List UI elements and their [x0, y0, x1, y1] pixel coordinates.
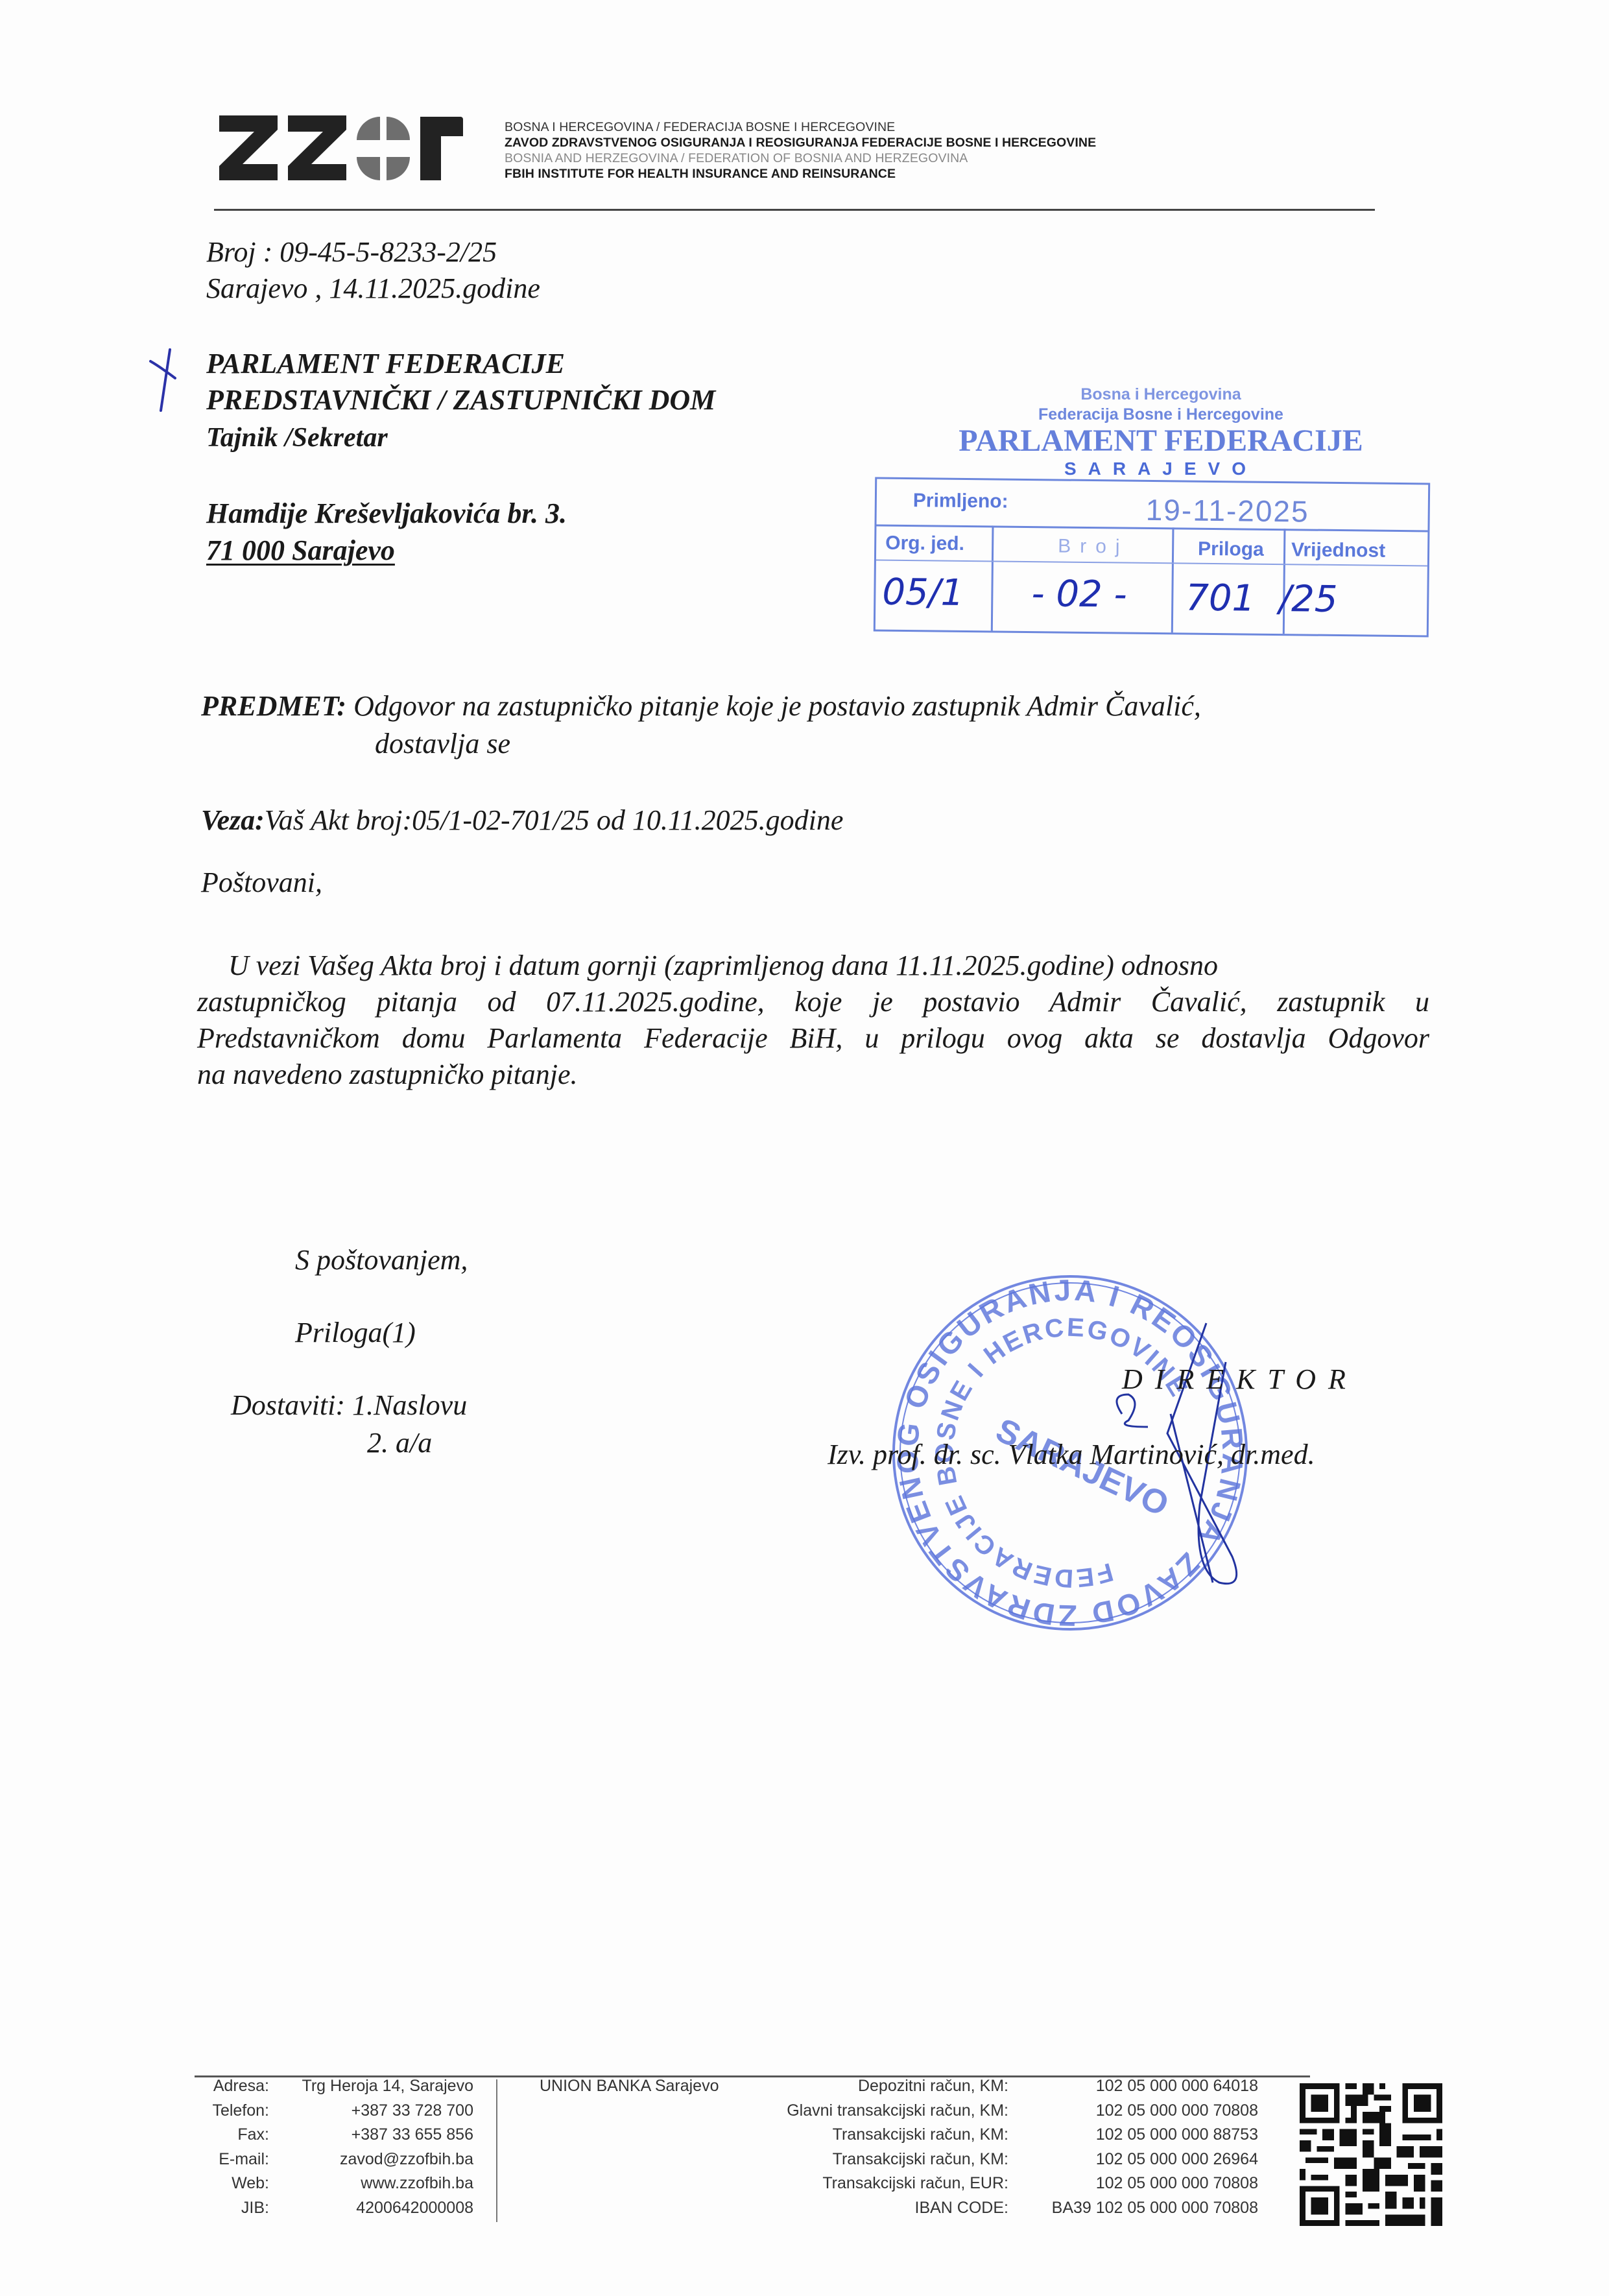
- contact-label: Adresa:: [198, 2074, 269, 2099]
- logo-circle-quadrant: [387, 157, 410, 180]
- attachments-count: Priloga(1): [295, 1315, 416, 1350]
- contact-phone: +387 33 728 700: [285, 2099, 473, 2123]
- contact-fax: +387 33 655 856: [285, 2123, 473, 2147]
- recipient-line-1: PARLAMENT FEDERACIJE: [206, 346, 565, 381]
- account-number: 102 05 000 000 64018: [1025, 2074, 1258, 2099]
- stamp-line: Federacija Bosne i Hercegovine: [940, 405, 1381, 424]
- reference-link-line: Veza:Vaš Akt broj:05/1-02-701/25 od 10.1…: [201, 803, 843, 838]
- deliver-to: Dostaviti: 1.Naslovu: [231, 1388, 467, 1423]
- subject-label: PREDMET:: [201, 690, 346, 722]
- logo-circle-quadrant: [387, 117, 410, 140]
- deliver-item: 2. a/a: [367, 1426, 432, 1461]
- account-number: 102 05 000 000 70808: [1025, 2171, 1258, 2196]
- signatory-name: Izv. prof. dr. sc. Vlatka Martinović, dr…: [828, 1437, 1315, 1472]
- account-number: 102 05 000 000 26964: [1025, 2147, 1258, 2172]
- document-place-date: Sarajevo , 14.11.2025.godine: [206, 271, 540, 306]
- received-date: 19-11-2025: [1145, 492, 1309, 529]
- subject-text-continued: dostavlja se: [375, 726, 510, 761]
- account-label: IBAN CODE:: [700, 2196, 1008, 2221]
- header-divider: [214, 209, 1375, 211]
- salutation: Poštovani,: [201, 865, 322, 900]
- footer-contact-values: Trg Heroja 14, Sarajevo +387 33 728 700 …: [285, 2074, 473, 2220]
- logo-letter-z: [288, 115, 346, 180]
- recipient-city: 71 000 Sarajevo: [206, 533, 395, 568]
- stamp-column-number: Broj: [1058, 535, 1129, 558]
- signatory-title: D I R E K T O R: [1122, 1362, 1348, 1397]
- account-label: Depozitni račun, KM:: [700, 2074, 1008, 2099]
- closing-regards: S poštovanjem,: [295, 1243, 468, 1278]
- institution-name-block: BOSNA I HERCEGOVINA / FEDERACIJA BOSNE I…: [505, 119, 1096, 182]
- receipt-stamp-table: Primljeno: 19-11-2025 Org. jed. Broj Pri…: [874, 477, 1430, 638]
- contact-email: zavod@zzofbih.ba: [285, 2147, 473, 2172]
- recipient-line-3: Tajnik /Sekretar: [206, 420, 388, 455]
- recipient-street: Hamdije Kreševljakovića br. 3.: [206, 496, 567, 531]
- institution-line: FBIH INSTITUTE FOR HEALTH INSURANCE AND …: [505, 166, 1096, 182]
- contact-web: www.zzofbih.ba: [285, 2171, 473, 2196]
- account-label: Transakcijski račun, KM:: [700, 2123, 1008, 2147]
- institution-line: BOSNIA AND HERZEGOVINA / FEDERATION OF B…: [505, 150, 1096, 166]
- account-number: 102 05 000 000 88753: [1025, 2123, 1258, 2147]
- recipient-line-2: PREDSTAVNIČKI / ZASTUPNIČKI DOM: [206, 383, 715, 418]
- contact-jib: 4200642000008: [285, 2196, 473, 2221]
- account-label: Transakcijski račun, KM:: [700, 2147, 1008, 2172]
- account-number: 102 05 000 000 70808: [1025, 2099, 1258, 2123]
- qr-code-icon: [1300, 2083, 1442, 2226]
- body-line: Predstavničkom domu Parlamenta Federacij…: [197, 1021, 1429, 1056]
- received-label: Primljeno:: [913, 490, 1008, 513]
- handwritten-year: /25: [1279, 578, 1338, 621]
- stamp-line: Bosna i Hercegovina: [940, 384, 1381, 405]
- contact-address: Trg Heroja 14, Sarajevo: [285, 2074, 473, 2099]
- handwritten-number: - 02 -: [1031, 573, 1127, 616]
- institution-logo: [219, 115, 472, 183]
- body-line: U vezi Vašeg Akta broj i datum gornji (z…: [228, 948, 1429, 983]
- contact-label: Fax:: [198, 2123, 269, 2147]
- logo-letter-z: [219, 115, 278, 180]
- contact-label: E-mail:: [198, 2147, 269, 2172]
- footer-column-divider: [496, 2079, 497, 2222]
- deliver-label: Dostaviti:: [231, 1389, 345, 1421]
- footer-account-labels: Depozitni račun, KM: Glavni transakcijsk…: [700, 2074, 1008, 2220]
- stamp-line: SARAJEVO: [940, 458, 1381, 480]
- iban-code: BA39 102 05 000 000 70808: [1025, 2196, 1258, 2221]
- subject-text: Odgovor na zastupničko pitanje koje je p…: [353, 690, 1201, 722]
- handwritten-attachments: 701: [1186, 577, 1256, 620]
- body-line: na navedeno zastupničko pitanje.: [197, 1057, 578, 1092]
- stamp-column-org: Org. jed.: [885, 532, 964, 555]
- reference-link-text: Vaš Akt broj:05/1-02-701/25 od 10.11.202…: [265, 804, 844, 836]
- logo-letter-r: [420, 117, 463, 180]
- handwritten-org-unit: 05/1: [882, 571, 964, 614]
- contact-label: JIB:: [198, 2196, 269, 2221]
- subject-line: PREDMET: Odgovor na zastupničko pitanje …: [201, 689, 1201, 724]
- document-number: Broj : 09-45-5-8233-2/25: [206, 235, 497, 270]
- handwritten-mark-icon: [148, 347, 187, 418]
- stamp-line: PARLAMENT FEDERACIJE: [940, 424, 1381, 458]
- body-line: zastupničkog pitanja od 07.11.2025.godin…: [197, 985, 1429, 1020]
- logo-circle-quadrant: [357, 117, 380, 140]
- contact-label: Web:: [198, 2171, 269, 2196]
- account-label: Glavni transakcijski račun, KM:: [700, 2099, 1008, 2123]
- bank-name: UNION BANKA Sarajevo: [540, 2074, 719, 2099]
- footer-account-values: 102 05 000 000 64018 102 05 000 000 7080…: [1025, 2074, 1258, 2220]
- stamp-column-value: Vrijednost: [1291, 539, 1385, 562]
- reference-link-label: Veza:: [201, 804, 265, 836]
- account-label: Transakcijski račun, EUR:: [700, 2171, 1008, 2196]
- stamp-column-attachments: Priloga: [1198, 538, 1264, 561]
- institution-line: ZAVOD ZDRAVSTVENOG OSIGURANJA I REOSIGUR…: [505, 135, 1096, 150]
- contact-label: Telefon:: [198, 2099, 269, 2123]
- institution-line: BOSNA I HERCEGOVINA / FEDERACIJA BOSNE I…: [505, 119, 1096, 135]
- logo-circle-quadrant: [357, 157, 380, 180]
- receipt-stamp-header: Bosna i Hercegovina Federacija Bosne i H…: [940, 384, 1381, 480]
- footer-contact-labels: Adresa: Telefon: Fax: E-mail: Web: JIB:: [198, 2074, 269, 2220]
- deliver-item: 1.Naslovu: [352, 1389, 467, 1421]
